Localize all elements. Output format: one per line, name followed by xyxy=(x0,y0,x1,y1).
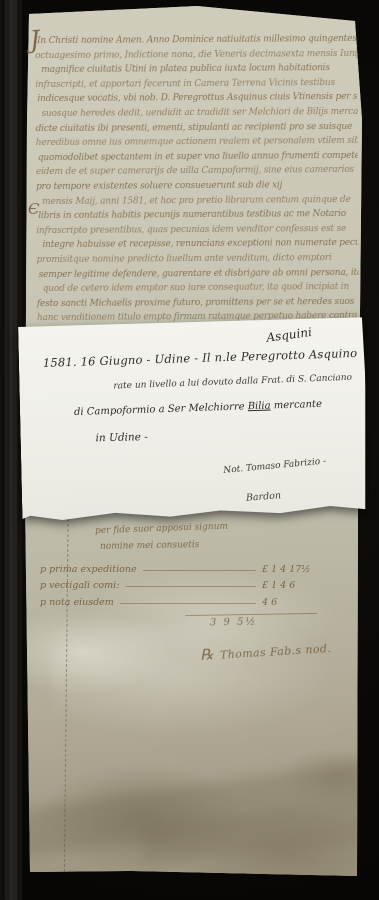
note-underlined-name: Bilia xyxy=(248,401,271,413)
account-amount: £ 1 4 6 xyxy=(262,580,340,591)
note-body-line: rate un livello a lui dovuto dalla Frat.… xyxy=(113,373,352,392)
note-text-segment: mercante xyxy=(270,399,322,412)
account-row: p vectigali comi: £ 1 4 6 xyxy=(40,575,340,592)
note-notary-signature: Not. Tomaso Fabrizio - xyxy=(223,456,327,475)
note-body-line: di Campoformio a Ser Melchiorre Bilia me… xyxy=(74,399,322,418)
note-date-line: 1581. 16 Giugno - Udine - Il n.le Peregr… xyxy=(43,346,358,370)
archivist-note-slip: Asquini 1581. 16 Giugno - Udine - Il n.l… xyxy=(18,325,364,523)
note-body-line: in Udine - xyxy=(95,431,148,444)
note-corner-annotation: Asquini xyxy=(266,325,313,345)
dash-filler xyxy=(120,603,256,604)
account-amount: £ 1 4 17½ xyxy=(262,564,340,575)
account-label: p vectigali comi: xyxy=(40,580,119,591)
account-amount: 4 6 xyxy=(262,597,340,608)
account-row: p nota eiusdem 4 6 xyxy=(40,591,340,608)
archive-photo: J Є In Christi nomine Amen. Anno Dominic… xyxy=(0,0,379,900)
account-row: p prima expeditione £ 1 4 17½ xyxy=(40,558,340,575)
dash-filler xyxy=(143,570,256,571)
note-second-signature: Bardon xyxy=(246,490,282,504)
dash-filler xyxy=(125,586,256,587)
account-total: 3 9 5½ xyxy=(210,617,257,629)
fide-clause-line: nomine mei consuetis xyxy=(100,540,199,552)
account-label: p nota eiusdem xyxy=(40,597,114,608)
archivist-note-paper: Asquini 1581. 16 Giugno - Udine - Il n.l… xyxy=(18,317,368,523)
manuscript-text-block: In Christi nomine Amen. Anno Dominice na… xyxy=(35,32,359,326)
note-text-segment: di Campoformio a Ser Melchiorre xyxy=(74,401,248,418)
fee-account-block: p prima expeditione £ 1 4 17½ p vectigal… xyxy=(40,558,340,608)
notary-paraph-mark: ℞ xyxy=(200,645,215,664)
account-label: p prima expeditione xyxy=(40,564,137,575)
